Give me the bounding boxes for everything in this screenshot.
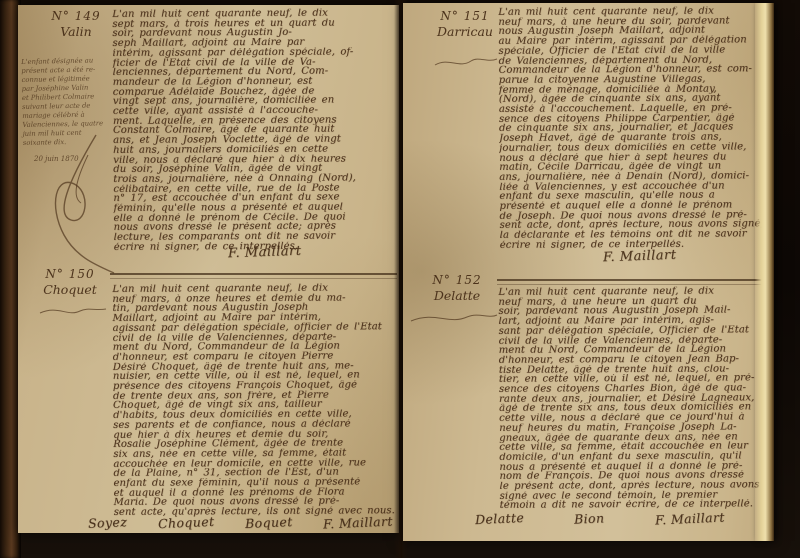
stacked-page-edges — [755, 3, 774, 541]
signature-row: Delatte Bion F. Maillart — [475, 511, 725, 526]
squiggle-flourish-icon — [431, 51, 501, 73]
act-149-text: L'an mil huit cent quarante neuf, le dix… — [112, 8, 398, 252]
act-separator-rule — [497, 279, 767, 285]
act-surname: Choquet — [26, 282, 114, 297]
signature-row: Soyez Choquet Boquet F. Maillart — [88, 515, 393, 530]
officiant-signature: F. Maillart — [323, 513, 393, 531]
act-number: N° 150 — [26, 267, 114, 281]
officiant-signature: F. Maillart — [228, 244, 302, 262]
witness-signature: Soyez — [88, 514, 128, 531]
act-surname: Darricau — [425, 24, 505, 39]
act-number: N° 149 — [32, 9, 120, 23]
act-surname: Valin — [32, 24, 120, 39]
handwritten-line: témoin a dit ne savoir écrire, de ce int… — [500, 500, 768, 511]
margin-entry-149: N° 149 Valin — [32, 9, 120, 39]
act-number: N° 152 — [415, 273, 499, 287]
act-surname: Delatte — [415, 288, 499, 303]
act-151-text: L'an mil huit cent quarante neuf, le dix… — [498, 6, 767, 250]
officiant-signature: F. Maillart — [655, 509, 725, 527]
paraph-flourish-icon — [26, 125, 126, 275]
declarant-signature: Delatte — [475, 510, 525, 527]
witness-signature: Bion — [574, 510, 605, 526]
act-150-text: L'an mil huit cent quarante neuf, le dix… — [112, 283, 398, 518]
act-separator-rule — [110, 273, 397, 279]
squiggle-flourish-icon — [409, 307, 499, 329]
civil-register-scan: N° 149 Valin L'enfant désignée auprésent… — [0, 0, 800, 558]
margin-entry-151: N° 151 Darricau — [425, 9, 505, 39]
witness-signature: Boquet — [245, 514, 293, 531]
squiggle-flourish-icon — [38, 301, 108, 321]
margin-entry-150: N° 150 Choquet — [26, 267, 114, 297]
officiant-signature: F. Maillart — [603, 248, 677, 266]
act-number: N° 151 — [425, 9, 505, 23]
left-page: N° 149 Valin L'enfant désignée auprésent… — [18, 5, 399, 533]
right-page: N° 151 Darricau L'an mil huit cent quara… — [403, 3, 774, 541]
act-152-text: L'an mil huit cent quarante neuf, le dix… — [498, 286, 767, 511]
declarant-signature: Choquet — [158, 514, 215, 531]
margin-entry-152: N° 152 Delatte — [415, 273, 499, 303]
